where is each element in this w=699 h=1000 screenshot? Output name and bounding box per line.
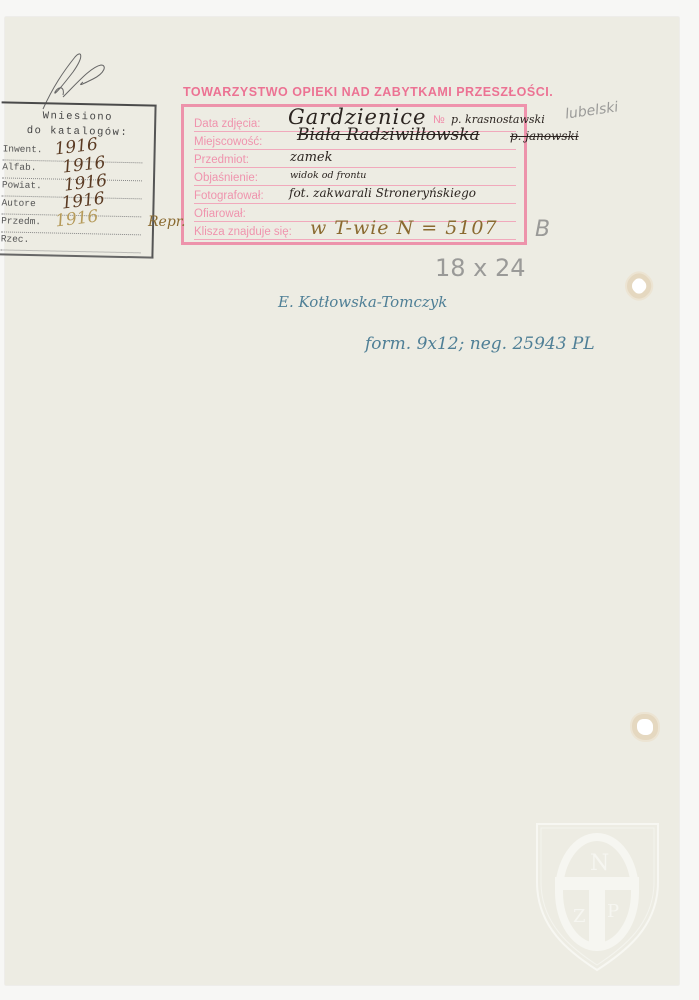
catalog-row-rzec: Rzec. xyxy=(1,233,141,253)
catalog-label: Przedm. xyxy=(1,215,41,227)
punched-hole-top xyxy=(629,276,649,296)
note-repr: Repr. xyxy=(148,214,185,230)
watermark-p: P xyxy=(607,901,619,922)
catalog-title-1: Wniesiono xyxy=(1,109,154,124)
value-biala-struck: Biała Radziwiłłowska xyxy=(297,125,480,145)
catalog-value: 1916 xyxy=(54,207,99,232)
catalog-label: Inwent. xyxy=(3,143,43,155)
field-label: Fotografował: xyxy=(194,190,264,202)
punched-hole-bottom xyxy=(637,719,653,735)
document-page: ff Wniesiono do katalogów: Inwent. 1916 … xyxy=(5,17,679,985)
field-label: Objaśnienie: xyxy=(194,172,258,184)
watermark-n: N xyxy=(590,851,609,876)
catalog-label: Alfab. xyxy=(2,161,36,173)
value-fotografowal: fot. zakwarali Stroneryńskiego xyxy=(289,186,476,200)
catalog-label: Autore xyxy=(1,197,35,209)
format-note: form. 9x12; neg. 25943 PL xyxy=(365,334,595,354)
value-janowski-struck: p. janowski xyxy=(510,129,579,143)
value-widok: widok od frontu xyxy=(290,170,366,181)
catalog-row-przedm: Przedm. 1916 xyxy=(1,215,141,235)
field-przedmiot: Przedmiot: xyxy=(194,149,516,168)
value-klisza: w T-wie N = 5107 xyxy=(310,217,498,239)
author-note: E. Kotłowska-Tomczyk xyxy=(278,293,447,311)
catalog-stamp: Wniesiono do katalogów: Inwent. 1916 Alf… xyxy=(0,101,157,258)
field-label: Klisza znajduje się: xyxy=(194,226,292,238)
watermark-emblem-icon: N Z P xyxy=(535,822,660,972)
society-stamp-title: TOWARZYSTWO OPIEKI NAD ZABYTKAMI PRZESZŁ… xyxy=(183,85,553,99)
field-label: Przedmiot: xyxy=(194,154,249,166)
catalog-label: Rzec. xyxy=(1,233,30,245)
size-note: 18 x 24 xyxy=(435,254,526,282)
note-b: B xyxy=(535,217,550,242)
field-label: Miejscowość: xyxy=(194,136,262,148)
note-lubelski: lubelski xyxy=(564,99,619,122)
value-zamek: zamek xyxy=(290,150,333,165)
field-label: Data zdjęcia: xyxy=(194,118,260,130)
field-label: Ofiarował: xyxy=(194,208,246,220)
catalog-label: Powiat. xyxy=(2,179,42,191)
watermark-z: Z xyxy=(573,906,586,927)
